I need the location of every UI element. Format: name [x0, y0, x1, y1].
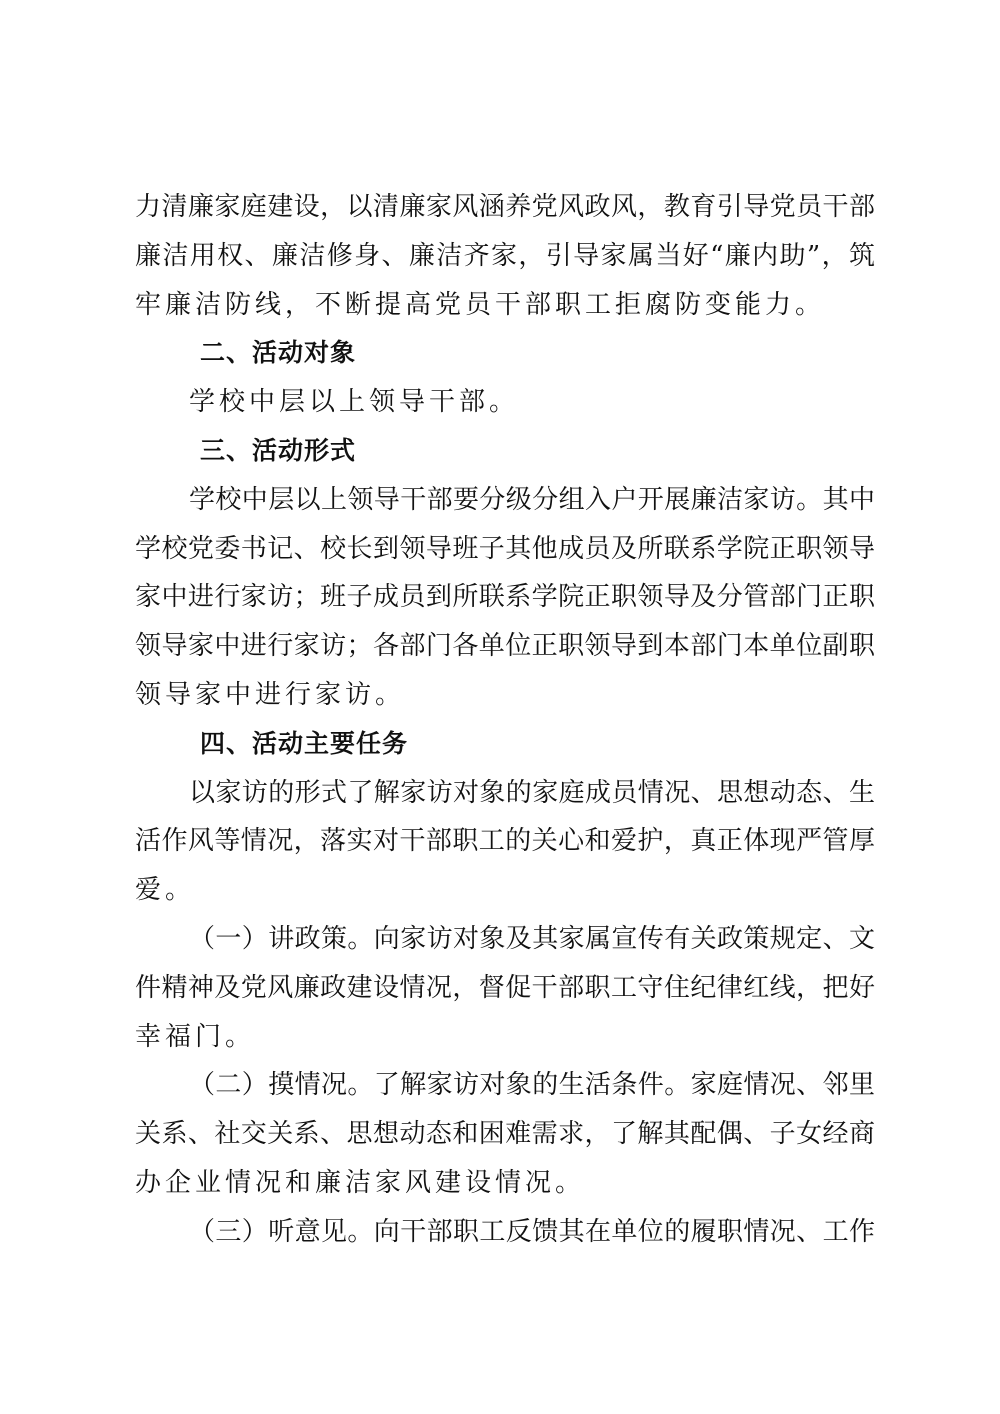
task-item-understand-situation: （二）摸情况。了解家访对象的生活条件。家庭情况、邻里 关系、社交关系、思想动态和…: [135, 1061, 875, 1207]
text-line: 办企业情况和廉洁家风建设情况。: [135, 1159, 875, 1208]
main-tasks-intro-paragraph: 以家访的形式了解家访对象的家庭成员情况、思想动态、生 活作风等情况，落实对干部职…: [135, 769, 875, 915]
text-line: （二）摸情况。了解家访对象的生活条件。家庭情况、邻里: [135, 1061, 875, 1110]
section-heading-main-tasks: 四、活动主要任务: [135, 720, 875, 769]
activity-form-paragraph: 学校中层以上领导干部要分级分组入户开展廉洁家访。其中 学校党委书记、校长到领导班…: [135, 476, 875, 720]
text-line: （三）听意见。向干部职工反馈其在单位的履职情况、工作: [135, 1208, 875, 1257]
text-line: 领导家中进行家访。: [135, 671, 875, 720]
text-line: 活作风等情况，落实对干部职工的关心和爱护，真正体现严管厚: [135, 817, 875, 866]
text-line: 爱。: [135, 866, 875, 915]
text-line: （一）讲政策。向家访对象及其家属宣传有关政策规定、文: [135, 915, 875, 964]
text-line: 学校中层以上领导干部。: [135, 378, 875, 427]
text-line: 件精神及党风廉政建设情况，督促干部职工守住纪律红线，把好: [135, 964, 875, 1013]
text-line: 牢廉洁防线，不断提高党员干部职工拒腐防变能力。: [135, 281, 875, 330]
document-page: 力清廉家庭建设，以清廉家风涵养党风政风，教育引导党员干部 廉洁用权、廉洁修身、廉…: [135, 183, 875, 1257]
task-item-explain-policy: （一）讲政策。向家访对象及其家属宣传有关政策规定、文 件精神及党风廉政建设情况，…: [135, 915, 875, 1061]
text-line: 家中进行家访；班子成员到所联系学院正职领导及分管部门正职: [135, 573, 875, 622]
section-heading-activity-target: 二、活动对象: [135, 329, 875, 378]
text-line: 幸福门。: [135, 1013, 875, 1062]
text-line: 学校中层以上领导干部要分级分组入户开展廉洁家访。其中: [135, 476, 875, 525]
text-line: 以家访的形式了解家访对象的家庭成员情况、思想动态、生: [135, 769, 875, 818]
task-item-listen-opinions: （三）听意见。向干部职工反馈其在单位的履职情况、工作: [135, 1208, 875, 1257]
text-line: 学校党委书记、校长到领导班子其他成员及所联系学院正职领导: [135, 525, 875, 574]
intro-paragraph: 力清廉家庭建设，以清廉家风涵养党风政风，教育引导党员干部 廉洁用权、廉洁修身、廉…: [135, 183, 875, 329]
activity-target-paragraph: 学校中层以上领导干部。: [135, 378, 875, 427]
text-line: 关系、社交关系、思想动态和困难需求，了解其配偶、子女经商: [135, 1110, 875, 1159]
text-line: 领导家中进行家访；各部门各单位正职领导到本部门本单位副职: [135, 622, 875, 671]
section-heading-activity-form: 三、活动形式: [135, 427, 875, 476]
text-line: 力清廉家庭建设，以清廉家风涵养党风政风，教育引导党员干部: [135, 183, 875, 232]
text-line: 廉洁用权、廉洁修身、廉洁齐家，引导家属当好“廉内助”，筑: [135, 232, 875, 281]
